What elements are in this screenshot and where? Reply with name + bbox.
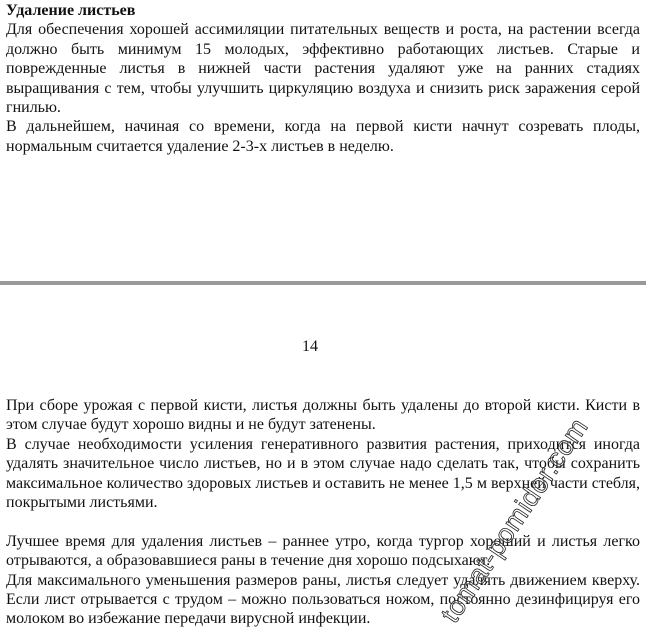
paragraph: В дальнейшем, начиная со времени, когда … [6,117,640,156]
section-heading: Удаление листьев [6,1,640,20]
paragraph: Для максимального уменьшения размеров ра… [6,571,640,629]
paragraph: При сборе урожая с первой кисти, листья … [6,396,640,435]
bottom-page-section: При сборе урожая с первой кисти, листья … [6,396,640,629]
paragraph-gap [6,512,640,531]
page-number: 14 [0,338,620,356]
paragraph: Для обеспечения хорошей ассимиляции пита… [6,20,640,117]
top-page-section: Удаление листьев Для обеспечения хорошей… [6,1,640,156]
paragraph: В случае необходимости усиления генерати… [6,435,640,513]
page-separator [0,281,646,285]
paragraph: Лучшее время для удаления листьев – ранн… [6,532,640,571]
